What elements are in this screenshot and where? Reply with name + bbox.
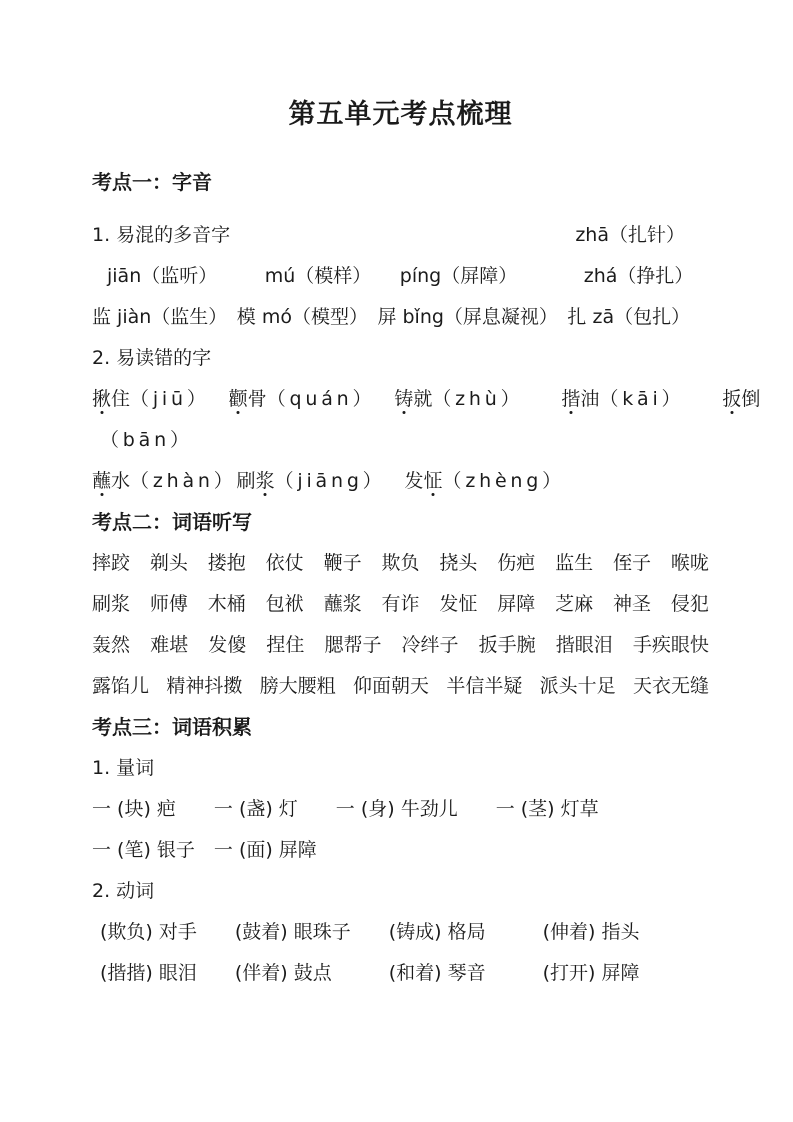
word-item: 蘸浆 [324,589,362,616]
pinyin-annotation: （zhèng） [443,466,565,493]
word-item: 露馅儿 [92,671,149,698]
word-item: 捏住 [266,630,304,657]
polyphone-intro-line: 1. 易混的多音字 zhā（扎针） [92,213,709,254]
word-item: 师傅 [150,589,188,616]
pinyin-annotation: （quán） [267,384,376,411]
polyphone-label: 1. 易混的多音字 [92,220,230,247]
quantifier-label: 1. 量词 [92,746,709,787]
verb-row-1: (欺负) 对手 (鼓着) 眼珠子 (铸成) 格局 (伸着) 指头 [92,910,709,951]
text-segment: 就 [413,384,432,411]
word-item: 欺负 [381,548,419,575]
dictation-row-3: 轰然难堪发傻捏住腮帮子冷绊子扳手腕揩眼泪手疾眼快 [92,623,709,664]
text-segment [210,384,229,411]
text-segment: 住 [111,384,130,411]
word-item: 木桶 [208,589,246,616]
pinyin-annotation: （jiāng） [275,466,386,493]
emphasized-char: 颧 [229,384,248,411]
polyphone-row-1: jiān（监听） mú（模样） píng（屏障） zhá（挣扎） [92,254,709,295]
emphasized-char: 扳 [722,384,741,411]
text-segment [375,384,394,411]
polyphone-row-2: 监 jiàn（监生） 模 mó（模型） 屏 bǐng（屏息凝视） 扎 zā（包扎… [92,295,709,336]
word-item: 派头十足 [540,671,616,698]
document-page: 第五单元考点梳理 考点一：字音 1. 易混的多音字 zhā（扎针） jiān（监… [0,0,793,1122]
word-item: 轰然 [92,630,130,657]
word-item: 发傻 [208,630,246,657]
dictation-row-4: 露馅儿精神抖擞膀大腰粗仰面朝天半信半疑派头十足天衣无缝 [92,664,709,705]
text-segment: 油 [580,384,599,411]
word-item: 难堪 [150,630,188,657]
section-heading-phonetics: 考点一：字音 [92,170,709,194]
pinyin-annotation: （zhù） [432,384,523,411]
text-segment: 发 [405,466,424,493]
pinyin-annotation: （zhàn） [130,466,237,493]
word-item: 屏障 [497,589,535,616]
word-item: 依仗 [266,548,304,575]
word-item: 包袱 [266,589,304,616]
text-segment [684,384,722,411]
word-item: 精神抖擞 [166,671,242,698]
text-segment [385,466,404,493]
word-item: 喉咙 [671,548,709,575]
text-segment: 倒 [741,384,760,411]
dictation-row-1: 摔跤剃头搂抱依仗鞭子欺负挠头伤疤监生侄子喉咙 [92,541,709,582]
text-segment [523,384,561,411]
pinyin-annotation: （jiū） [130,384,210,411]
misread-row-2: （bān） [92,418,709,459]
word-item: 侄子 [613,548,651,575]
word-item: 仰面朝天 [353,671,429,698]
misread-row-3: 蘸水（zhàn）刷浆（jiāng） 发怔（zhèng） [92,459,709,500]
emphasized-char: 怔 [424,466,443,493]
word-item: 伤疤 [497,548,535,575]
word-item: 冷绊子 [402,630,459,657]
misread-row-1: 揪住（jiū） 颧骨（quán） 铸就（zhù） 揩油（kāi） 扳倒 [92,377,709,418]
word-item: 扳手腕 [479,630,536,657]
text-segment: 刷 [237,466,256,493]
word-item: 搂抱 [208,548,246,575]
word-item: 侵犯 [671,589,709,616]
dictation-row-2: 刷浆师傅木桶包袱蘸浆有诈发怔屏障芝麻神圣侵犯 [92,582,709,623]
word-item: 揩眼泪 [556,630,613,657]
verb-row-2: (揩揩) 眼泪 (伴着) 鼓点 (和着) 琴音 (打开) 屏障 [92,951,709,992]
pinyin-annotation: （kāi） [599,384,684,411]
emphasized-char: 铸 [394,384,413,411]
word-item: 腮帮子 [324,630,381,657]
word-item: 挠头 [439,548,477,575]
word-item: 神圣 [613,589,651,616]
verb-label: 2. 动词 [92,869,709,910]
page-title: 第五单元考点梳理 [92,97,709,133]
word-item: 膀大腰粗 [260,671,336,698]
text-segment: 骨 [248,384,267,411]
emphasized-char: 蘸 [92,466,111,493]
text-segment: 水 [111,466,130,493]
word-item: 鞭子 [324,548,362,575]
section-heading-accumulation: 考点三：词语积累 [92,705,709,746]
section-heading-dictation: 考点二：词语听写 [92,500,709,541]
misread-label: 2. 易读错的字 [92,336,709,377]
polyphone-pinyin-zha1: zhā（扎针） [575,220,685,247]
word-item: 有诈 [381,589,419,616]
word-item: 发怔 [439,589,477,616]
emphasized-char: 浆 [256,466,275,493]
emphasized-char: 揪 [92,384,111,411]
word-item: 半信半疑 [446,671,522,698]
word-item: 剃头 [150,548,188,575]
word-item: 天衣无缝 [633,671,709,698]
quantifier-row-2: 一 (笔) 银子 一 (面) 屏障 [92,828,709,869]
word-item: 手疾眼快 [633,630,709,657]
pinyin-annotation: （bān） [100,425,193,452]
word-item: 刷浆 [92,589,130,616]
emphasized-char: 揩 [561,384,580,411]
word-item: 摔跤 [92,548,130,575]
word-item: 监生 [555,548,593,575]
quantifier-row-1: 一 (块) 疤 一 (盏) 灯 一 (身) 牛劲儿 一 (茎) 灯草 [92,787,709,828]
word-item: 芝麻 [555,589,593,616]
